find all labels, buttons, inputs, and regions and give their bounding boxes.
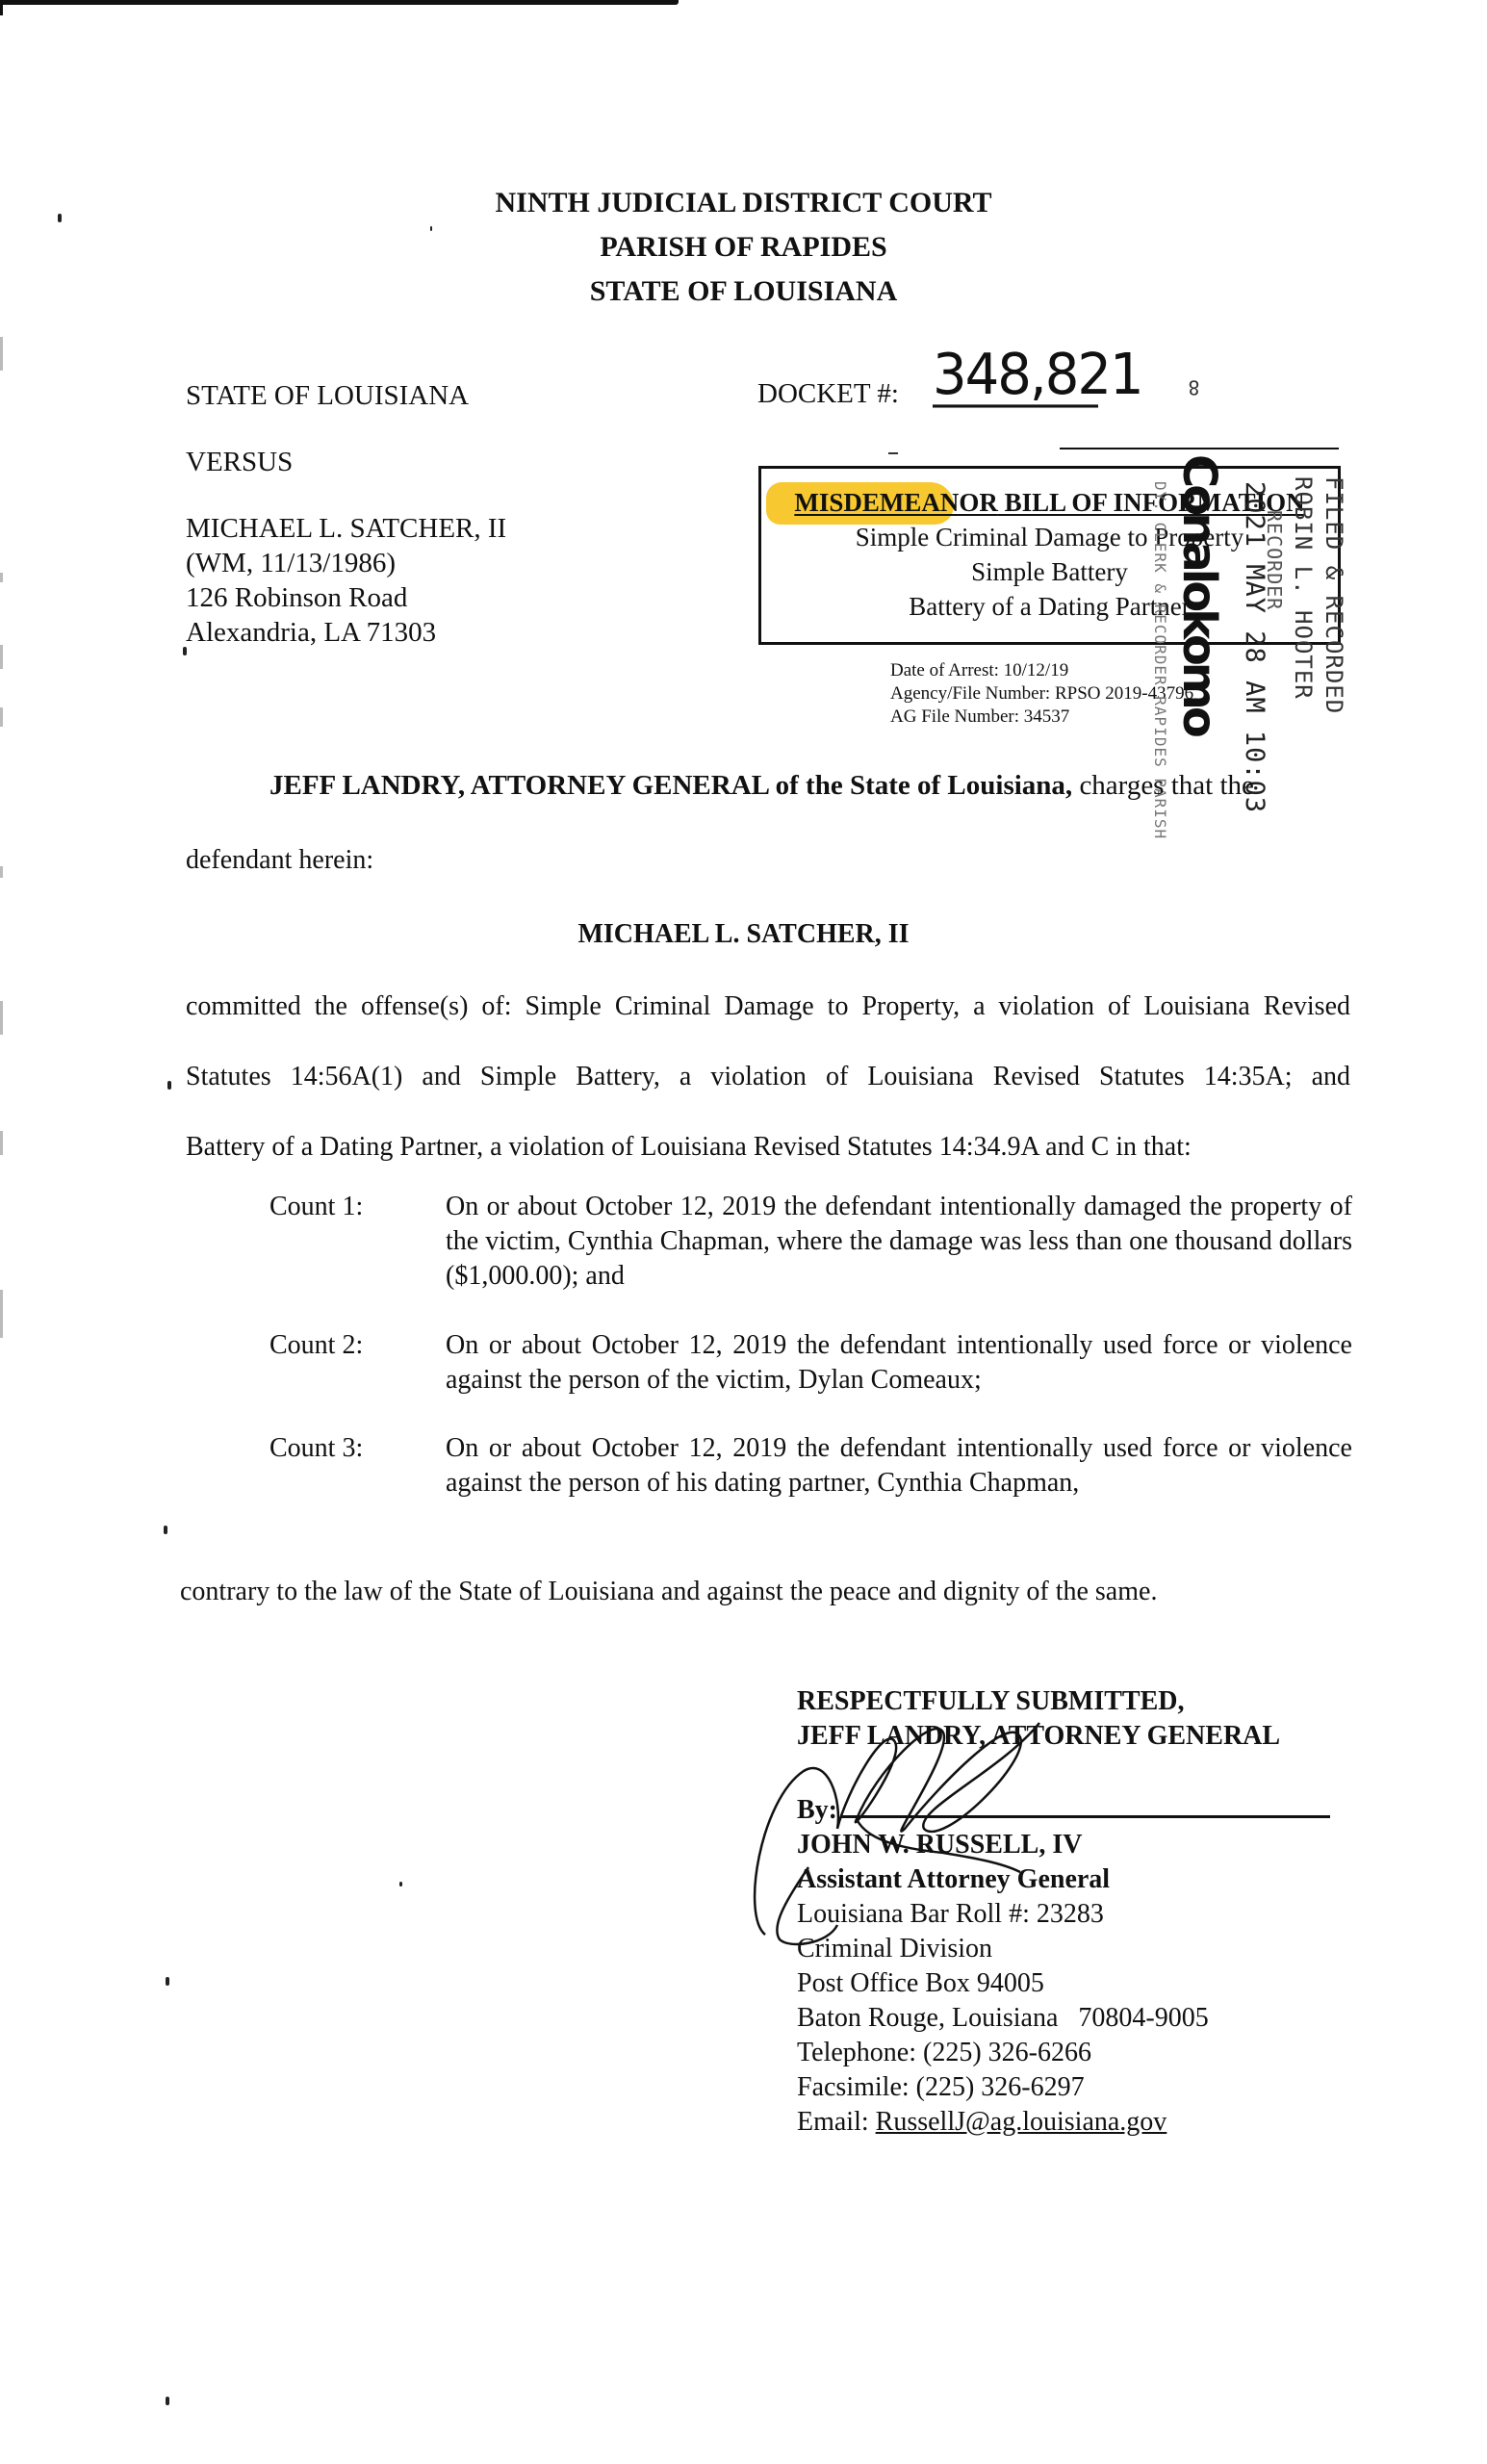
state-ref: of the State of Louisiana, xyxy=(768,770,1072,801)
date-of-arrest: Date of Arrest: 10/12/19 xyxy=(890,659,1193,682)
scan-speck xyxy=(164,1526,167,1534)
docket-number: 348,821 xyxy=(933,346,1098,407)
court-header: NINTH JUDICIAL DISTRICT COURT PARISH OF … xyxy=(0,181,1487,314)
closing-statement: contrary to the law of the State of Loui… xyxy=(180,1577,1157,1607)
scan-speck xyxy=(166,1977,169,1986)
email-row: Email: RussellJ@ag.louisiana.gov xyxy=(797,2105,1330,2140)
telephone: Telephone: (225) 326-6266 xyxy=(797,2036,1330,2070)
stamp-mark: 8 xyxy=(1187,376,1199,399)
scan-edge-mark xyxy=(0,1001,3,1035)
count-text: On or about October 12, 2019 the defenda… xyxy=(446,1328,1352,1398)
agency-file-number: Agency/File Number: RPSO 2019-43796 xyxy=(890,682,1193,706)
case-caption: STATE OF LOUISIANA VERSUS MICHAEL L. SAT… xyxy=(186,378,506,650)
stamp-recorder: RECORDER xyxy=(1263,510,1286,610)
parish-name: PARISH OF RAPIDES xyxy=(0,225,1487,269)
docket-label: DOCKET #: xyxy=(757,378,899,409)
handwritten-signature xyxy=(751,1684,1155,1973)
scan-edge-mark xyxy=(0,866,3,878)
email-label: Email: xyxy=(797,2107,876,2137)
plaintiff: STATE OF LOUISIANA xyxy=(186,378,506,413)
arrest-info: Date of Arrest: 10/12/19 Agency/File Num… xyxy=(890,659,1193,729)
ag-file-number: AG File Number: 34537 xyxy=(890,706,1193,729)
email-link[interactable]: RussellJ@ag.louisiana.gov xyxy=(876,2107,1167,2137)
offense-paragraph-line: Battery of a Dating Partner, a violation… xyxy=(186,1132,1350,1163)
defendant-name-center: MICHAEL L. SATCHER, II xyxy=(0,919,1487,950)
defendant-info: (WM, 11/13/1986) xyxy=(186,546,506,580)
offense-paragraph-line: Statutes 14:56A(1) and Simple Battery, a… xyxy=(186,1062,1350,1092)
scan-edge-mark xyxy=(0,4,3,15)
count-label: Count 2: xyxy=(269,1328,363,1363)
scan-edge-mark xyxy=(0,337,3,371)
scan-speck xyxy=(399,1882,402,1886)
scan-edge-mark xyxy=(0,645,3,669)
defendant-herein: defendant herein: xyxy=(186,845,373,876)
defendant-address-line2: Alexandria, LA 71303 xyxy=(186,615,506,650)
attorney-general: JEFF LANDRY, ATTORNEY GENERAL xyxy=(269,770,768,801)
city-state-zip: Baton Rouge, Louisiana 70804-9005 xyxy=(797,2001,1330,2036)
state-name: STATE OF LOUISIANA xyxy=(0,269,1487,314)
count-text: On or about October 12, 2019 the defenda… xyxy=(446,1431,1352,1501)
stamp-line xyxy=(1060,448,1339,449)
count-label: Count 1: xyxy=(269,1190,363,1224)
count-text: On or about October 12, 2019 the defenda… xyxy=(446,1190,1352,1294)
offense-paragraph-line: committed the offense(s) of: Simple Crim… xyxy=(186,991,1350,1022)
defendant-address-line1: 126 Robinson Road xyxy=(186,580,506,615)
stamp-filed: FILED & RECORDED xyxy=(1320,476,1347,714)
charging-statement: JEFF LANDRY, ATTORNEY GENERAL of the Sta… xyxy=(269,770,1254,802)
facsimile: Facsimile: (225) 326-6297 xyxy=(797,2070,1330,2105)
court-name: NINTH JUDICIAL DISTRICT COURT xyxy=(0,181,1487,225)
count-label: Count 3: xyxy=(269,1431,363,1466)
handwritten-initials: Conalokomo xyxy=(1172,454,1226,734)
scan-edge-mark xyxy=(0,1290,3,1338)
stamp-recorder-name: ROBIN L. HOOTER xyxy=(1290,476,1317,700)
defendant-name: MICHAEL L. SATCHER, II xyxy=(186,511,506,546)
scan-edge-mark xyxy=(0,1131,3,1155)
bill-type: MISDEMEANOR xyxy=(794,488,998,517)
scan-speck xyxy=(167,1081,171,1090)
versus-label: VERSUS xyxy=(186,445,506,479)
scan-edge-line xyxy=(0,0,679,5)
charges-text: charges that the xyxy=(1072,770,1254,801)
docket: DOCKET #: 348,821 xyxy=(757,378,899,410)
stray-mark xyxy=(888,452,898,454)
scan-speck xyxy=(166,2397,169,2405)
scan-edge-mark xyxy=(0,707,3,727)
scan-edge-mark xyxy=(0,573,3,582)
